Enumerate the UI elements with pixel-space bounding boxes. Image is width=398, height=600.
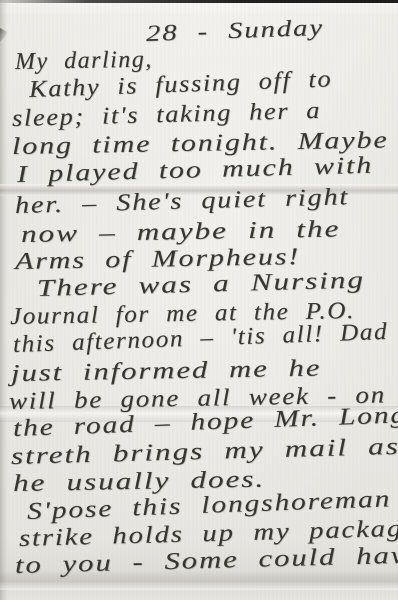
scanned-letter-page: 28 - Sunday My darling, Kathy is fussing… (0, 0, 398, 600)
letter-salutation: My darling, (15, 48, 153, 74)
letter-date: 28 - Sunday (146, 16, 325, 45)
letter-line: sleep; it's taking her a (12, 99, 322, 131)
letter-line: her. – She's quiet right (15, 185, 350, 218)
letter-line: now – maybe in the (21, 217, 341, 247)
scan-left-shadow (0, 0, 8, 600)
scan-top-highlight (0, 3, 398, 15)
letter-line: just informed me he (11, 357, 322, 386)
